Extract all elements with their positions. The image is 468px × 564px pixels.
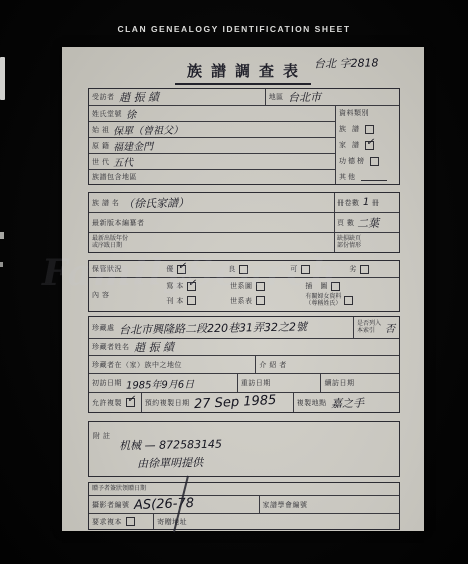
- film-corner-note: 台北 字2818: [314, 54, 379, 71]
- index-listed-label-line2: 本索引: [357, 328, 381, 335]
- microfilm-frame: CLAN GENEALOGY IDENTIFICATION SHEET 族譜調查…: [0, 0, 468, 564]
- interviewee-value: 趙 振 績: [118, 89, 158, 106]
- volumes-value: 1: [362, 197, 369, 208]
- copy-date-label: 預約複製日期: [145, 398, 190, 408]
- area-value: 台北市: [288, 89, 321, 106]
- content-pedigree-table-checkbox: [256, 296, 265, 305]
- founder-value: 保單（曾祖父）: [113, 121, 183, 137]
- pubyear-label-line2: 或序跋日期: [92, 243, 128, 250]
- area-label: 地區: [269, 92, 284, 102]
- surname-label: 姓氏堂號: [92, 109, 122, 119]
- first-visit-value: 1985年9月6日: [126, 375, 194, 391]
- copy-request-label: 要求複本: [92, 517, 122, 527]
- content-manuscript-label: 寫 本: [166, 281, 183, 291]
- first-visit-label: 初訪日期: [92, 378, 122, 388]
- content-manuscript-checkbox: ✓: [187, 282, 196, 291]
- revisit-label: 重訪日期: [241, 378, 271, 388]
- content-women-data-label: 有關婦女資料: [305, 294, 341, 301]
- coverage-label: 族譜包含地區: [92, 172, 137, 182]
- category-zupu-checkbox: [365, 125, 374, 134]
- book-name-value: （徐氏家譜）: [123, 194, 189, 211]
- section-notes: 附 註 机械 — 872583145 由徐單明提供: [88, 421, 400, 477]
- copy-place-label: 複製地點: [297, 398, 327, 408]
- condition-fair-label: 可: [290, 264, 298, 274]
- index-listed-value: 否: [385, 320, 395, 335]
- notes-line1: 机械 — 872583145: [119, 433, 395, 454]
- category-label: 資料類別: [339, 108, 396, 118]
- survey-form-page: 族譜調查表 台北 字2818 受訪者 趙 振 績 地區 台北市 姓氏堂號 徐: [62, 47, 424, 531]
- content-printed-label: 刊 本: [166, 296, 183, 306]
- volumes-label: 冊卷數: [337, 198, 360, 208]
- send-address-label: 寄贈地址: [157, 517, 187, 527]
- content-women-data-sublabel: （尊稱姓氏）: [305, 301, 341, 308]
- section-genealogy-book: 族 譜 名 （徐氏家譜） 最新版本編纂者 最新出版年份 或序跋日期: [88, 192, 400, 253]
- section-respondent: 受訪者 趙 振 績 地區 台北市 姓氏堂號 徐 始 祖 保單（曾祖父）: [88, 88, 400, 185]
- content-pedigree-chart-checkbox: [256, 282, 265, 291]
- pages-value: 二葉: [357, 214, 379, 230]
- introducer-label: 介 紹 者: [259, 360, 286, 370]
- interviewee-label: 受訪者: [92, 92, 115, 102]
- condition-poor-checkbox: [360, 265, 369, 274]
- section-condition-content: 保管狀況 優 ✓ 良 可 劣: [88, 260, 400, 312]
- condition-label: 保管狀況: [92, 264, 122, 274]
- origin-label: 原 籍: [92, 141, 109, 151]
- photographer-number-label: 攝影者編號: [92, 500, 130, 510]
- content-women-data-checkbox: [344, 296, 353, 305]
- pubyear-label-line1: 最新出版年份: [92, 236, 128, 243]
- founder-label: 始 祖: [92, 125, 109, 135]
- film-edge-dot: [0, 232, 4, 239]
- content-pedigree-chart-label: 世系圖: [230, 281, 253, 291]
- notes-label: 附 註: [93, 433, 110, 440]
- section-holder-visits: 珍藏處 台北市興隆路二段220巷31弄32之2號 是否列入 本索引 否 珍藏者姓…: [88, 316, 400, 413]
- next-visit-label: 續訪日期: [324, 378, 354, 388]
- category-jiapu-label: 家 譜: [339, 140, 361, 150]
- film-edge-artifact: [0, 57, 5, 100]
- section-administrative: 贈予者簽狀領贈日期 攝影者編號 AS(26-78 家譜學會編號 要求複本: [88, 482, 400, 530]
- condition-good-label: 良: [228, 264, 236, 274]
- holder-address-value: 台北市興隆路二段220巷31弄32之2號: [118, 318, 306, 337]
- copy-request-checkbox: [126, 517, 135, 526]
- film-edge-dot: [0, 262, 3, 267]
- holder-name-value: 趙 振 績: [133, 339, 173, 356]
- damage-label-line1: 缺損缺頁: [337, 236, 361, 243]
- content-printed-checkbox: [187, 296, 196, 305]
- condition-good-checkbox: [239, 265, 248, 274]
- condition-excellent-checkbox: ✓: [177, 265, 186, 274]
- category-other-label: 其他: [339, 172, 357, 182]
- society-number-label: 家譜學會編號: [263, 500, 308, 510]
- content-illustrations-checkbox: [331, 282, 340, 291]
- category-gongdebang-label: 功德榜: [339, 156, 366, 166]
- content-illustrations-label: 插 圖: [305, 281, 328, 291]
- condition-fair-checkbox: [301, 265, 310, 274]
- condition-poor-label: 劣: [349, 264, 357, 274]
- donor-date-label: 贈予者簽狀領贈日期: [92, 486, 146, 493]
- holder-position-label: 珍藏者在（家）族中之地位: [92, 360, 182, 370]
- volumes-unit: 冊: [372, 198, 380, 208]
- content-pedigree-table-label: 世系表: [230, 296, 253, 306]
- category-zupu-label: 族 譜: [339, 124, 361, 134]
- generations-value: 五代: [113, 154, 133, 169]
- condition-excellent-label: 優: [166, 264, 174, 274]
- surname-value: 徐: [126, 106, 136, 121]
- copy-date-value: 27 Sep 1985: [193, 393, 276, 412]
- copy-place-value: 嘉之手: [330, 394, 363, 411]
- holder-address-label: 珍藏處: [92, 323, 115, 333]
- content-label: 內 容: [92, 290, 109, 300]
- copy-permit-label: 允許複製: [92, 398, 122, 408]
- index-listed-label-line1: 是否列入: [357, 321, 381, 328]
- notes-line2: 由徐單明提供: [137, 451, 395, 472]
- pages-label: 頁 數: [337, 218, 354, 228]
- damage-label-line2: 部份情形: [337, 243, 361, 250]
- editor-label: 最新版本編纂者: [92, 218, 145, 228]
- book-name-label: 族 譜 名: [92, 198, 119, 208]
- copy-permit-checkbox: ✓: [126, 398, 135, 407]
- category-other-line: [361, 173, 387, 181]
- origin-value: 福建金門: [113, 138, 153, 154]
- generations-label: 世 代: [92, 157, 109, 167]
- film-header-title: CLAN GENEALOGY IDENTIFICATION SHEET: [20, 24, 448, 34]
- holder-name-label: 珍藏者姓名: [92, 342, 130, 352]
- data-category-panel: 資料類別 族 譜 家 譜 ✓ 功德榜 其他: [335, 106, 399, 184]
- category-gongdebang-checkbox: [370, 157, 379, 166]
- category-jiapu-checkbox: ✓: [365, 141, 374, 150]
- photographer-number-value: AS(26-78: [133, 496, 193, 513]
